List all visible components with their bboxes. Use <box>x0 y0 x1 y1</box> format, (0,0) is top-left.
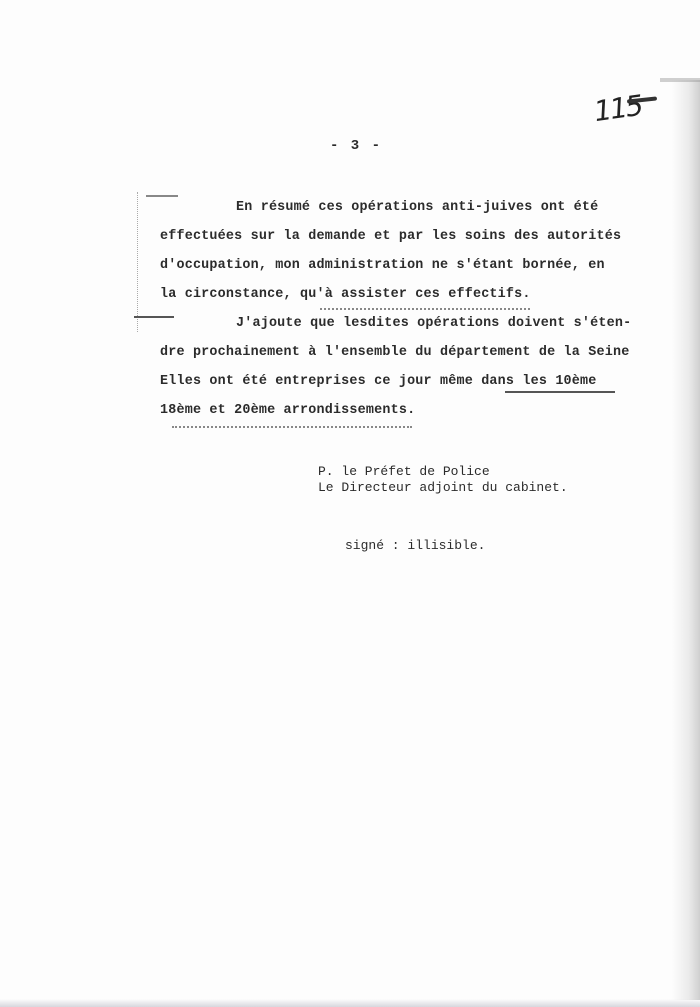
margin-mark <box>146 195 178 197</box>
scanned-page: 115 - 3 - En résumé ces opérations anti-… <box>0 0 700 1007</box>
paragraph-1-line-1: En résumé ces opérations anti-juives ont… <box>236 200 598 215</box>
paragraph-1-line-4: la circonstance, qu'à assister ces effec… <box>160 287 531 302</box>
signed-illegible: signé : illisible. <box>345 538 485 553</box>
signature-line-2: Le Directeur adjoint du cabinet. <box>318 480 568 495</box>
pencil-underline <box>505 389 615 393</box>
pencil-underline <box>172 424 412 428</box>
margin-mark <box>134 316 174 318</box>
page-bottom-edge <box>0 999 700 1007</box>
paragraph-2-line-3: Elles ont été entreprises ce jour même d… <box>160 374 597 389</box>
margin-line <box>137 192 139 332</box>
signature-line-1: P. le Préfet de Police <box>318 464 490 479</box>
page-edge-mark <box>660 78 700 82</box>
page-edge-shadow <box>672 80 700 1000</box>
pencil-underline <box>320 306 530 310</box>
paragraph-1-line-2: effectuées sur la demande et par les soi… <box>160 229 621 244</box>
paragraph-1-line-3: d'occupation, mon administration ne s'ét… <box>160 258 605 273</box>
page-number: - 3 - <box>330 138 382 154</box>
folio-number: 115 <box>592 89 644 128</box>
paragraph-2-line-2: dre prochainement à l'ensemble du départ… <box>160 345 629 360</box>
paragraph-2-line-4: 18ème et 20ème arrondissements. <box>160 403 415 418</box>
paragraph-2-line-1: J'ajoute que lesdites opérations doivent… <box>236 316 631 331</box>
